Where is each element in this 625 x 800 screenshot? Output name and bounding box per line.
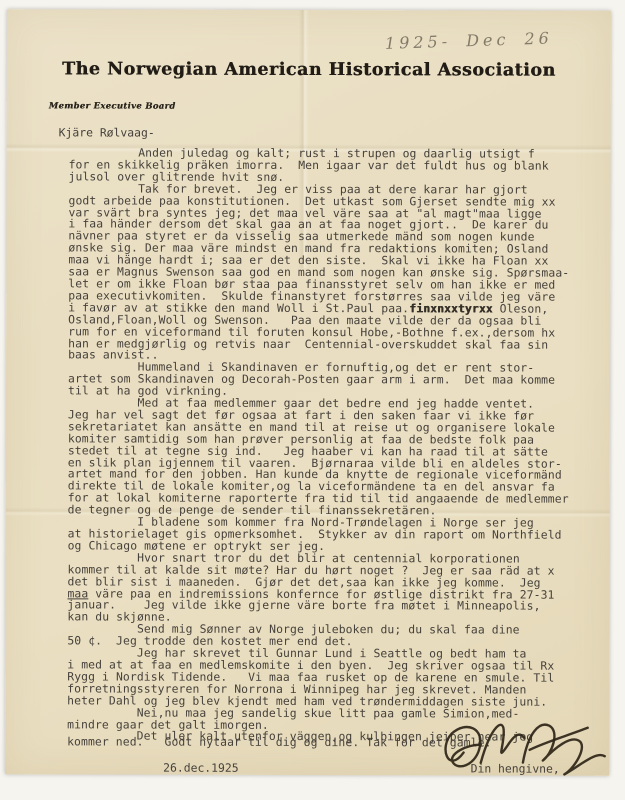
salutation: Kjäre Rølvaag- <box>59 125 155 139</box>
letter-date: 26.dec.1925 <box>163 761 238 775</box>
member-executive-board-label: Member Executive Board <box>49 101 176 111</box>
letter-page: 1925- Dec 26 The Norwegian American Hist… <box>5 9 611 776</box>
signature <box>429 692 615 798</box>
handwritten-date-annotation: 1925- Dec 26 <box>385 27 596 53</box>
letterhead-title: The Norwegian American Historical Associ… <box>7 59 611 81</box>
letter-body: Anden juledag og kalt; rust i strupen og… <box>67 147 589 787</box>
